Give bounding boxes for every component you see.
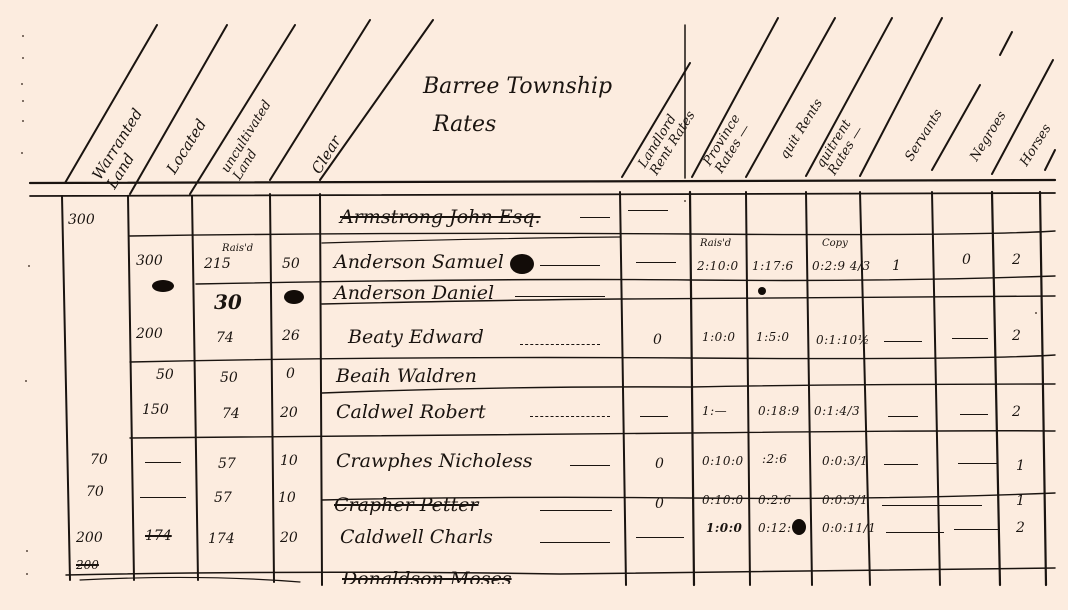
- cell-clear: 26: [282, 328, 300, 344]
- ink-blot: [510, 254, 534, 274]
- header-quitrent-rates: quitrent Rates —: [814, 117, 867, 178]
- cell-uncultivated-land: 174: [208, 531, 235, 547]
- cell-name: Beaty Edward: [348, 326, 484, 348]
- cell-uncultivated-land: 57: [214, 490, 232, 506]
- cell-located: 174: [145, 528, 172, 544]
- cell-servants: [886, 532, 944, 533]
- ink-blot: [792, 519, 806, 535]
- dash-mark: [636, 262, 676, 263]
- cell-clear: 10: [280, 453, 298, 469]
- dash-mark: [520, 344, 600, 345]
- cell-uncultivated-land: 74: [222, 406, 240, 422]
- cell-negroes: [952, 338, 988, 339]
- cell-negroes: 0: [962, 252, 971, 268]
- cell-quit-rents: 1:5:0: [756, 330, 790, 344]
- cell-quitrent-rates: 0:1:4/3: [814, 404, 860, 418]
- title-line-2: Rates: [423, 106, 612, 144]
- cell-clear: 0: [286, 366, 295, 382]
- cell-quit-rents: 0:12:: [758, 521, 792, 535]
- cell-name: Anderson Daniel: [334, 282, 494, 304]
- cell-name: Caldwel Robert: [336, 401, 486, 423]
- cell-located: [140, 497, 186, 498]
- header-landlord-rent-rates: Landlord Rent Rates: [636, 102, 698, 178]
- cell-provincial-rates: 1:0:0: [702, 330, 736, 344]
- header-clear: Clear: [309, 133, 345, 177]
- cell-landlord-rent-rates: 0: [653, 332, 662, 348]
- cell-servants: [884, 464, 918, 465]
- cell-quitrent-rates: 0:0:11/1: [822, 521, 876, 535]
- cell-landlord-rent-rates: [640, 416, 668, 417]
- cell-quit-rents: 1:17:6: [752, 259, 794, 273]
- cell-provincial-rates: 1:—: [702, 404, 727, 418]
- cell-landlord-rent-rates: [636, 537, 684, 538]
- cell-negroes: [954, 529, 1000, 530]
- cell-uncultivated-land: 215: [204, 256, 231, 272]
- cell-clear: 50: [282, 256, 300, 272]
- cell-name: Donaldson Moses: [342, 568, 512, 584]
- header-warranted-land: Warranted Land: [89, 106, 161, 192]
- cell-quitrent-rates: 0:0:3/1: [822, 493, 868, 507]
- header-servants: Servants: [903, 107, 946, 164]
- cell-clear: 10: [278, 490, 296, 506]
- ledger-page: Warranted Land Located uncultivated Land…: [0, 0, 1068, 610]
- cell-uncultivated-land: 30: [214, 290, 242, 314]
- cell-note: Rais'd: [700, 238, 731, 249]
- cell-name: Anderson Samuel: [334, 251, 504, 273]
- cell-note: Copy: [822, 238, 848, 249]
- header-uncultivated-land: uncultivated Land: [219, 98, 286, 183]
- cell-quit-rents: :2:6: [762, 452, 787, 466]
- cell-quitrent-rates: 0:0:3/1: [822, 454, 868, 468]
- ink-blot: [284, 290, 304, 304]
- cell-located: [145, 462, 181, 463]
- ink-blot: [758, 287, 766, 295]
- cell-warranted-land: 70: [86, 484, 104, 500]
- cell-warranted-land: 200: [76, 530, 103, 546]
- cell-servants: [888, 416, 918, 417]
- cell-provincial-rates: 1:0:0: [706, 521, 742, 535]
- cell-warranted-land: 200: [76, 558, 99, 572]
- page-title: Barree Township Rates: [423, 68, 612, 144]
- header-negroes: Negroes: [968, 109, 1009, 164]
- dash-mark: [540, 510, 612, 511]
- ink-blot: [152, 280, 174, 292]
- cell-landlord-rent-rates: 0: [655, 456, 664, 472]
- cell-name: Crawphes Nicholess: [336, 450, 533, 472]
- dash-mark: [628, 210, 668, 211]
- dash-mark: [570, 465, 610, 466]
- cell-uncultivated-land: 50: [220, 370, 238, 386]
- dash-mark: [540, 265, 600, 266]
- cell-note: Rais'd: [222, 243, 253, 254]
- cell-uncultivated-land: 57: [218, 456, 236, 472]
- cell-landlord-rent-rates: 0: [655, 496, 664, 512]
- cell-located: 150: [142, 402, 169, 418]
- cell-horses: 2: [1012, 328, 1021, 344]
- cell-quit-rents: 0:18:9: [758, 404, 800, 418]
- cell-clear: 20: [280, 530, 298, 546]
- header-provincial-rates: Province Rates —: [701, 112, 755, 176]
- cell-quitrent-rates: 0:2:9 4/3: [812, 259, 871, 273]
- cell-located: 200: [136, 326, 163, 342]
- cell-name: Caldwell Charls: [340, 526, 493, 548]
- cell-warranted-land: 70: [90, 452, 108, 468]
- cell-uncultivated-land: 74: [216, 330, 234, 346]
- cell-located: 300: [136, 253, 163, 269]
- cell-negroes: [958, 463, 998, 464]
- cell-servants: [882, 505, 982, 506]
- cell-clear: 20: [280, 405, 298, 421]
- cell-horses: 1: [1016, 458, 1025, 474]
- dash-mark: [530, 416, 610, 417]
- cell-horses: 2: [1012, 252, 1021, 268]
- cell-name: Armstrong John Esq.: [340, 206, 541, 228]
- cell-quit-rents: 0:2:6: [758, 493, 792, 507]
- cell-located: 50: [156, 367, 174, 383]
- cell-horses: 2: [1016, 520, 1025, 536]
- cell-servants: [884, 341, 922, 342]
- dash-mark: [515, 296, 605, 297]
- dash-mark: [540, 542, 610, 543]
- cell-servants: 1: [892, 258, 901, 274]
- title-line-1: Barree Township: [423, 74, 612, 99]
- cell-horses: 1: [1016, 493, 1025, 509]
- cell-name: Crapher Petter: [334, 494, 479, 516]
- cell-negroes: [960, 414, 988, 415]
- cell-name: Beaih Waldren: [336, 365, 477, 387]
- header-located: Located: [164, 116, 211, 177]
- cell-quitrent-rates: 0:1:10½: [816, 333, 870, 347]
- cell-provincial-rates: 0:10:0: [702, 493, 744, 507]
- cell-provincial-rates: 2:10:0: [697, 259, 739, 273]
- cell-horses: 2: [1012, 404, 1021, 420]
- header-horses: Horses: [1018, 122, 1054, 169]
- cell-warranted-land: 300: [68, 212, 95, 228]
- dash-mark: [580, 217, 610, 218]
- cell-provincial-rates: 0:10:0: [702, 454, 744, 468]
